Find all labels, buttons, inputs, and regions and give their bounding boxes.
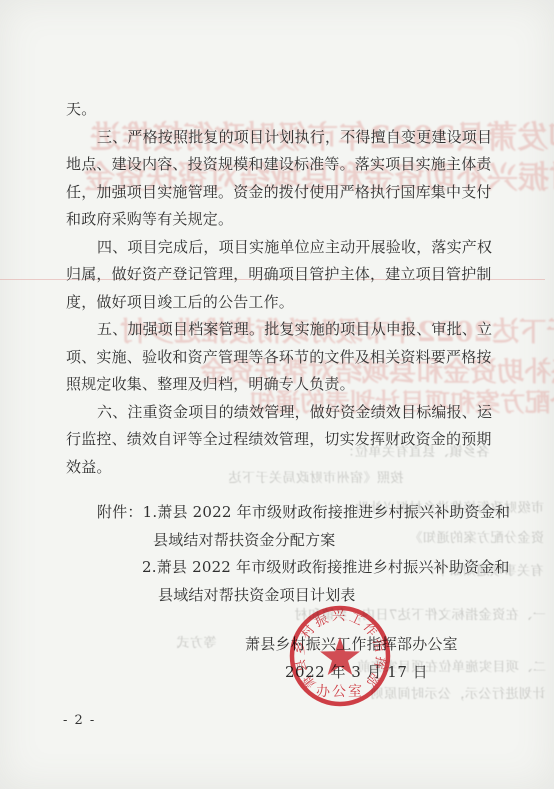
body-line: 项、实施、验收和资产管理等各环节的文件及相关资料要严格按 bbox=[66, 344, 494, 372]
attachment-2-line-1: 2.萧县 2022 年市级财政衔接推进乡村振兴补助资金和 bbox=[142, 554, 527, 582]
body-line-section-3: 三、严格按照批复的项目计划执行，不得擅自变更建设项目 bbox=[66, 124, 494, 152]
attachment-1-line-2: 县域结对帮扶资金分配方案 bbox=[153, 527, 527, 555]
seal-bottom-text: 办公室 bbox=[316, 683, 364, 700]
attachments-list: 附件：1.萧县 2022 年市级财政衔接推进乡村振兴补助资金和 县域结对帮扶资金… bbox=[97, 499, 527, 609]
body-line-section-6: 六、注重资金项目的绩效管理，做好资金绩效目标编报、运 bbox=[66, 399, 494, 427]
attachment-1-line-1: 附件：1.萧县 2022 年市级财政衔接推进乡村振兴补助资金和 bbox=[97, 499, 527, 527]
body-line: 天。 bbox=[66, 96, 494, 124]
body-text: 天。 三、严格按照批复的项目计划执行，不得擅自变更建设项目 地点、建设内容、投资… bbox=[66, 96, 494, 481]
body-line: 行监控、绩效自评等全过程绩效管理，切实发挥财政资金的预期 bbox=[66, 426, 494, 454]
document-page: 关于印发萧县2022年市级财政衔接推进 乡村振兴补助资金和县域结对帮扶资金 关于… bbox=[0, 0, 554, 789]
body-line: 地点、建设内容、投资规模和建设标准等。落实项目实施主体责 bbox=[66, 151, 494, 179]
body-line-section-5: 五、加强项目档案管理。批复实施的项目从申报、审批、立 bbox=[66, 316, 494, 344]
body-line: 效益。 bbox=[66, 454, 494, 482]
seal-star-icon bbox=[320, 637, 360, 675]
text-layer: 天。 三、严格按照批复的项目计划执行，不得擅自变更建设项目 地点、建设内容、投资… bbox=[0, 0, 554, 789]
body-line: 和政府采购等有关规定。 bbox=[66, 206, 494, 234]
body-line: 归属，做好资产登记管理，明确项目管护主体，建立项目管护制 bbox=[66, 261, 494, 289]
body-line: 度，做好项目竣工后的公告工作。 bbox=[66, 289, 494, 317]
body-line: 照规定收集、整理及归档，明确专人负责。 bbox=[66, 371, 494, 399]
official-seal: 萧县乡村振兴工作指挥部 办公室 bbox=[287, 603, 393, 709]
body-line: 任，加强项目实施管理。资金的拨付使用严格执行国库集中支付 bbox=[66, 179, 494, 207]
page-number: - 2 - bbox=[63, 713, 96, 728]
body-line-section-4: 四、项目完成后，项目实施单位应主动开展验收，落实产权 bbox=[66, 234, 494, 262]
